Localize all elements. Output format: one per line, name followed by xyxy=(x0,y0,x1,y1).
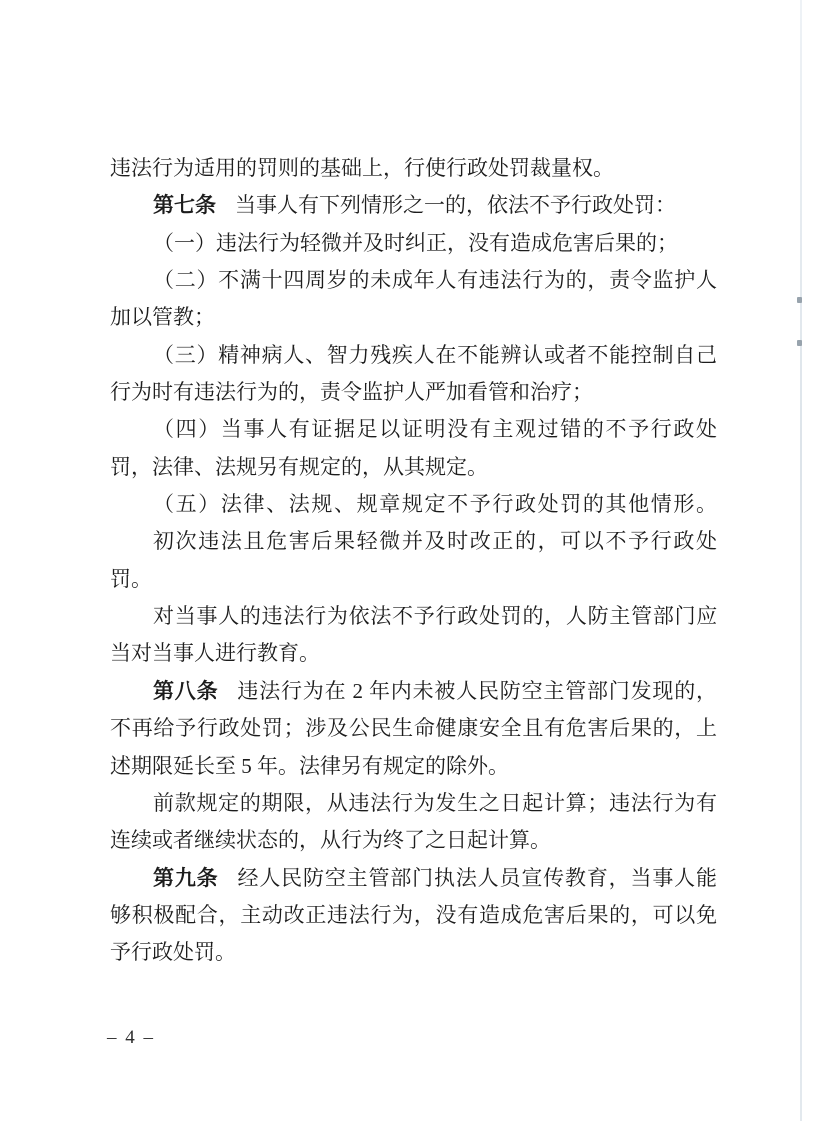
text-line-4: （二）不满十四周岁的未成年人有违法行为的，责令监护人 xyxy=(110,262,717,299)
line-text: 违法行为适用的罚则的基础上，行使行政处罚裁量权。 xyxy=(110,156,614,180)
text-line-2: 第七条当事人有下列情形之一的，依法不予行政处罚： xyxy=(110,187,717,224)
line-text: 罚，法律、法规另有规定的，从其规定。 xyxy=(110,455,488,479)
line-text: （五）法律、法规、规章规定不予行政处罚的其他情形。 xyxy=(153,492,717,516)
text-line-1: 违法行为适用的罚则的基础上，行使行政处罚裁量权。 xyxy=(110,150,717,187)
line-text: 够积极配合，主动改正违法行为，没有造成危害后果的，可以免 xyxy=(110,903,717,927)
line-text: （一）违法行为轻微并及时纠正，没有造成危害后果的； xyxy=(153,231,678,255)
text-line-19: 连续或者继续状态的，从行为终了之日起计算。 xyxy=(110,822,717,859)
text-line-12: 罚。 xyxy=(110,561,717,598)
line-text: 述期限延长至 5 年。法律另有规定的除外。 xyxy=(110,754,509,778)
line-text: 不再给予行政处罚；涉及公民生命健康安全且有危害后果的，上 xyxy=(110,716,717,740)
line-text: （三）精神病人、智力残疾人在不能辨认或者不能控制自己 xyxy=(153,343,717,367)
line-text: 罚。 xyxy=(110,567,152,591)
text-line-22: 予行政处罚。 xyxy=(110,934,717,971)
text-line-20: 第九条经人民防空主管部门执法人员宣传教育，当事人能 xyxy=(110,860,717,897)
text-line-3: （一）违法行为轻微并及时纠正，没有造成危害后果的； xyxy=(110,225,717,262)
line-text: 当事人有下列情形之一的，依法不予行政处罚： xyxy=(235,193,676,217)
article-heading: 第七条 xyxy=(153,194,216,217)
text-line-5: 加以管教； xyxy=(110,299,717,336)
document-text-block: 违法行为适用的罚则的基础上，行使行政处罚裁量权。第七条当事人有下列情形之一的，依… xyxy=(110,150,717,972)
line-text: 初次违法且危害后果轻微并及时改正的，可以不予行政处 xyxy=(153,529,717,553)
article-heading: 第九条 xyxy=(153,867,219,890)
text-line-16: 不再给予行政处罚；涉及公民生命健康安全且有危害后果的，上 xyxy=(110,710,717,747)
text-line-21: 够积极配合，主动改正违法行为，没有造成危害后果的，可以免 xyxy=(110,897,717,934)
line-text: 当对当事人进行教育。 xyxy=(110,641,320,665)
page-number: – 4 – xyxy=(107,1027,155,1049)
line-text: 违法行为在 2 年内未被人民防空主管部门发现的， xyxy=(237,679,717,703)
scan-speck xyxy=(797,340,802,346)
line-text: 对当事人的违法行为依法不予行政处罚的，人防主管部门应 xyxy=(153,604,717,628)
text-line-18: 前款规定的期限，从违法行为发生之日起计算；违法行为有 xyxy=(110,785,717,822)
text-line-17: 述期限延长至 5 年。法律另有规定的除外。 xyxy=(110,748,717,785)
text-line-14: 当对当事人进行教育。 xyxy=(110,635,717,672)
line-text: 前款规定的期限，从违法行为发生之日起计算；违法行为有 xyxy=(153,791,717,815)
text-line-13: 对当事人的违法行为依法不予行政处罚的，人防主管部门应 xyxy=(110,598,717,635)
text-line-7: 行为时有违法行为的，责令监护人严加看管和治疗； xyxy=(110,374,717,411)
line-text: 连续或者继续状态的，从行为终了之日起计算。 xyxy=(110,828,551,852)
line-text: （二）不满十四周岁的未成年人有违法行为的，责令监护人 xyxy=(153,268,717,292)
text-line-9: 罚，法律、法规另有规定的，从其规定。 xyxy=(110,449,717,486)
article-heading: 第八条 xyxy=(153,680,218,703)
document-page: 违法行为适用的罚则的基础上，行使行政处罚裁量权。第七条当事人有下列情形之一的，依… xyxy=(0,0,816,1121)
text-line-15: 第八条违法行为在 2 年内未被人民防空主管部门发现的， xyxy=(110,673,717,710)
line-text: 经人民防空主管部门执法人员宣传教育，当事人能 xyxy=(238,866,718,890)
line-text: 予行政处罚。 xyxy=(110,940,236,964)
text-line-11: 初次违法且危害后果轻微并及时改正的，可以不予行政处 xyxy=(110,523,717,560)
line-text: 行为时有违法行为的，责令监护人严加看管和治疗； xyxy=(110,380,593,404)
text-line-10: （五）法律、法规、规章规定不予行政处罚的其他情形。 xyxy=(110,486,717,523)
text-line-8: （四）当事人有证据足以证明没有主观过错的不予行政处 xyxy=(110,411,717,448)
line-text: 加以管教； xyxy=(110,305,215,329)
text-line-6: （三）精神病人、智力残疾人在不能辨认或者不能控制自己 xyxy=(110,337,717,374)
line-text: （四）当事人有证据足以证明没有主观过错的不予行政处 xyxy=(153,417,717,441)
scan-edge-artifact xyxy=(800,0,802,1121)
scan-speck xyxy=(797,297,802,303)
